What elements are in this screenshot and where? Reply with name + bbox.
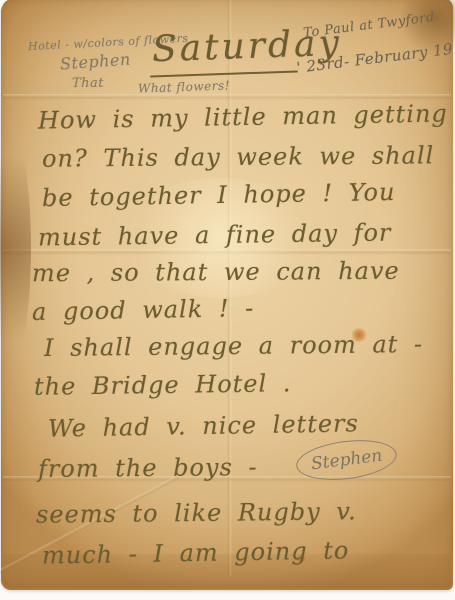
letter-line-12: much - I am going to [42, 536, 350, 569]
letter-line-4: must have a fine day for [38, 219, 392, 252]
letter-line-7: I shall engage a room at - [44, 330, 423, 362]
pencil-note-that: That [72, 76, 104, 91]
letter-line-6: a good walk ! - [32, 294, 255, 326]
letter-line-2: on? This day week we shall [42, 141, 435, 172]
horizontal-fold-crease [3, 94, 451, 100]
letter-heading: Saturday [151, 23, 342, 71]
letter-line-10: from the boys - [38, 453, 258, 483]
letter-line-11: seems to like Rugby v. [36, 497, 357, 528]
letter-line-5: me , so that we can have [32, 257, 400, 288]
letter-line-9: We had v. nice letters [48, 409, 359, 442]
letter-line-8: the Bridge Hotel . [34, 369, 292, 401]
paper-stain [0, 118, 31, 378]
